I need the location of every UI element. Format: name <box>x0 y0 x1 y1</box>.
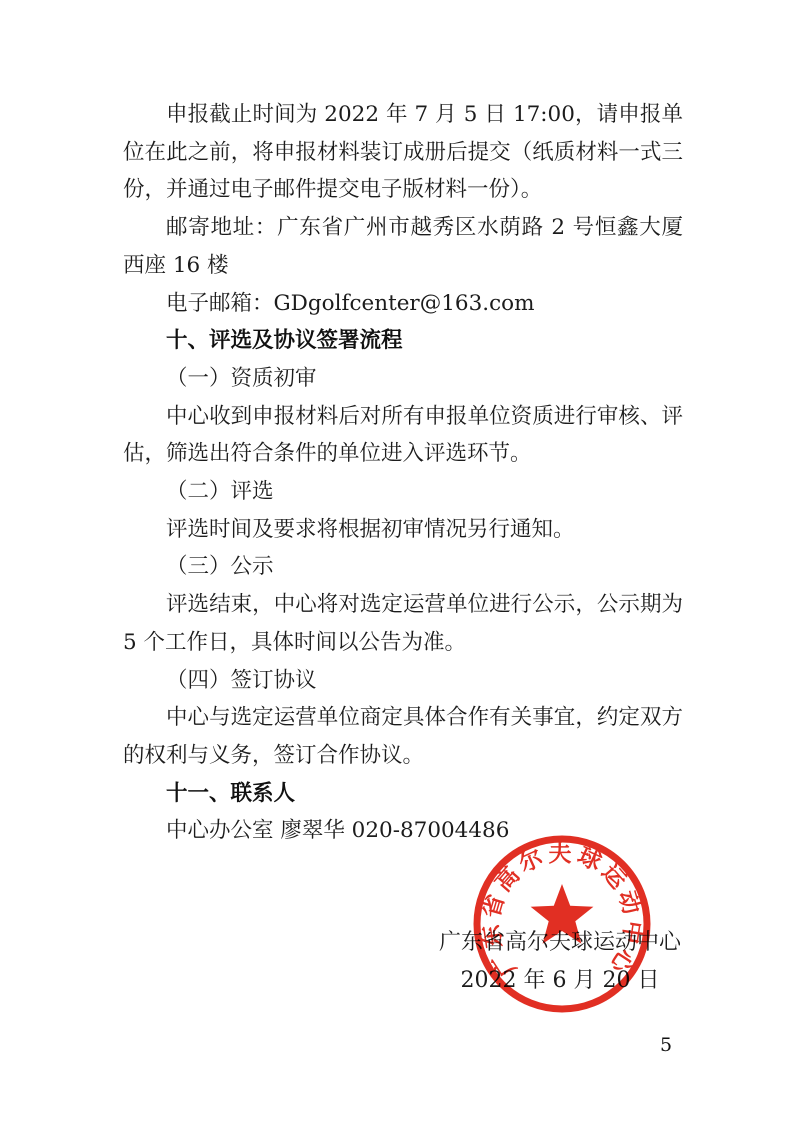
subsection-heading: （一）资质初审 <box>123 360 683 398</box>
document-body: 申报截止时间为 2022 年 7 月 5 日 17:00，请申报单位在此之前，将… <box>123 96 683 850</box>
document-page: 申报截止时间为 2022 年 7 月 5 日 17:00，请申报单位在此之前，将… <box>0 0 794 1123</box>
official-seal: 广东省高尔夫球运动中心 <box>467 829 657 1019</box>
paragraph: 邮寄地址：广东省广州市越秀区水荫路 2 号恒鑫大厦西座 16 楼 <box>123 209 683 284</box>
section-heading: 十、评选及协议签署流程 <box>123 322 683 360</box>
subsection-heading: （三）公示 <box>123 548 683 586</box>
paragraph: 申报截止时间为 2022 年 7 月 5 日 17:00，请申报单位在此之前，将… <box>123 96 683 209</box>
subsection-heading: （二）评选 <box>123 473 683 511</box>
section-heading: 十一、联系人 <box>123 775 683 813</box>
paragraph: 中心与选定运营单位商定具体合作有关事宜，约定双方的权利与义务，签订合作协议。 <box>123 699 683 774</box>
paragraph: 电子邮箱：GDgolfcenter@163.com <box>123 285 683 323</box>
paragraph: 评选时间及要求将根据初审情况另行通知。 <box>123 511 683 549</box>
paragraph: 评选结束，中心将对选定运营单位进行公示，公示期为 5 个工作日，具体时间以公告为… <box>123 586 683 661</box>
subsection-heading: （四）签订协议 <box>123 662 683 700</box>
page-number: 5 <box>660 1034 672 1056</box>
star-icon <box>531 884 594 944</box>
paragraph: 中心收到申报材料后对所有申报单位资质进行审核、评估，筛选出符合条件的单位进入评选… <box>123 398 683 473</box>
